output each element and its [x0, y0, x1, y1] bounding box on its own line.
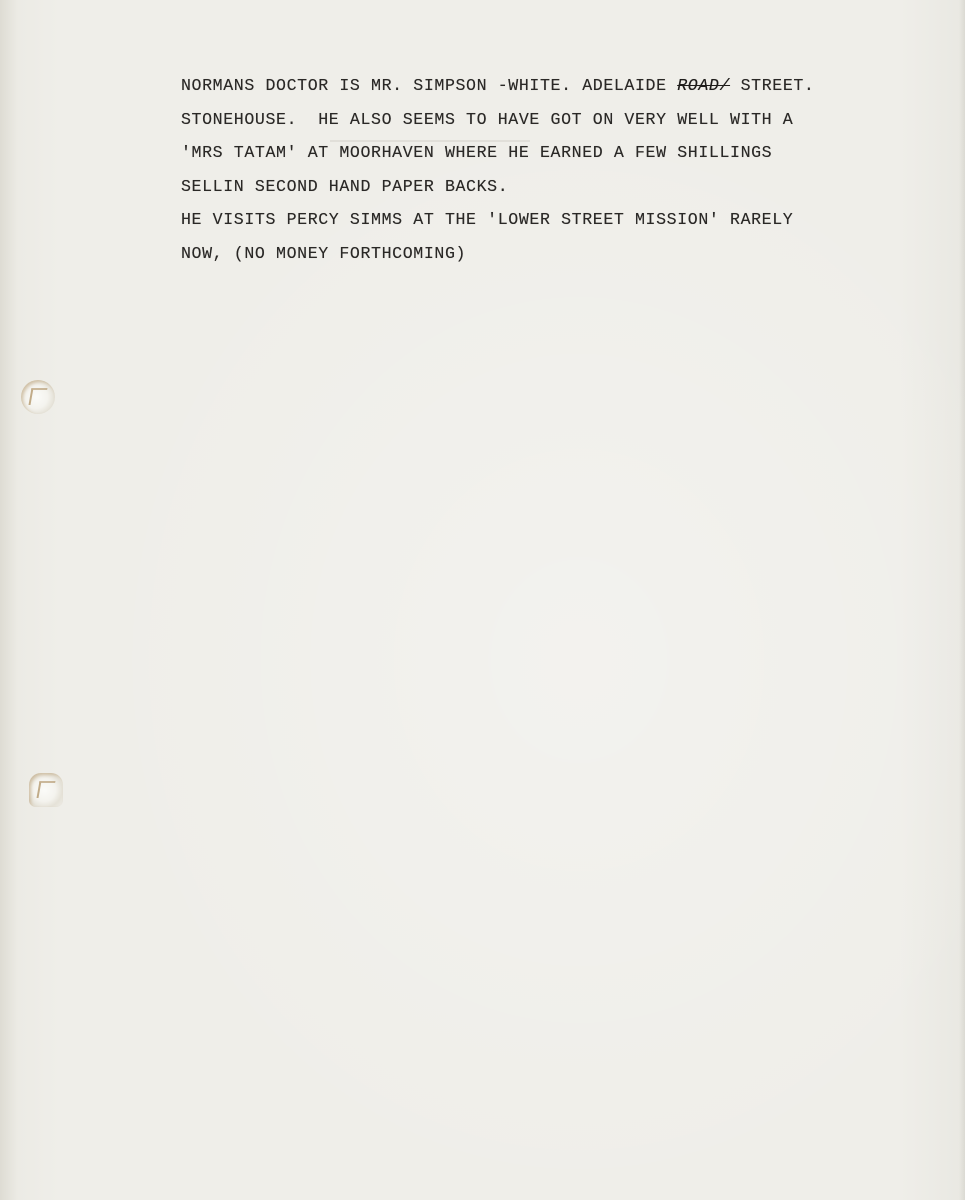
- text-line-1: NORMANS DOCTOR IS MR. SIMPSON -WHITE. AD…: [181, 72, 941, 106]
- text-line-1-end: STREET.: [730, 76, 814, 95]
- text-line-1-start: NORMANS DOCTOR IS MR. SIMPSON -WHITE. AD…: [181, 76, 677, 95]
- punch-hole-bottom: [29, 773, 63, 807]
- text-line-2: STONEHOUSE. HE ALSO SEEMS TO HAVE GOT ON…: [181, 106, 941, 140]
- typewritten-page: NORMANS DOCTOR IS MR. SIMPSON -WHITE. AD…: [0, 0, 965, 1200]
- text-line-5: HE VISITS PERCY SIMMS AT THE 'LOWER STRE…: [181, 206, 941, 240]
- punch-hole-top: [21, 380, 55, 414]
- struck-out-word: ROAD/: [677, 76, 730, 95]
- text-line-3: 'MRS TATAM' AT MOORHAVEN WHERE HE EARNED…: [181, 139, 941, 173]
- text-line-6: NOW, (NO MONEY FORTHCOMING): [181, 240, 941, 274]
- text-line-4: SELLIN SECOND HAND PAPER BACKS.: [181, 173, 941, 207]
- typed-text-block: NORMANS DOCTOR IS MR. SIMPSON -WHITE. AD…: [181, 72, 941, 273]
